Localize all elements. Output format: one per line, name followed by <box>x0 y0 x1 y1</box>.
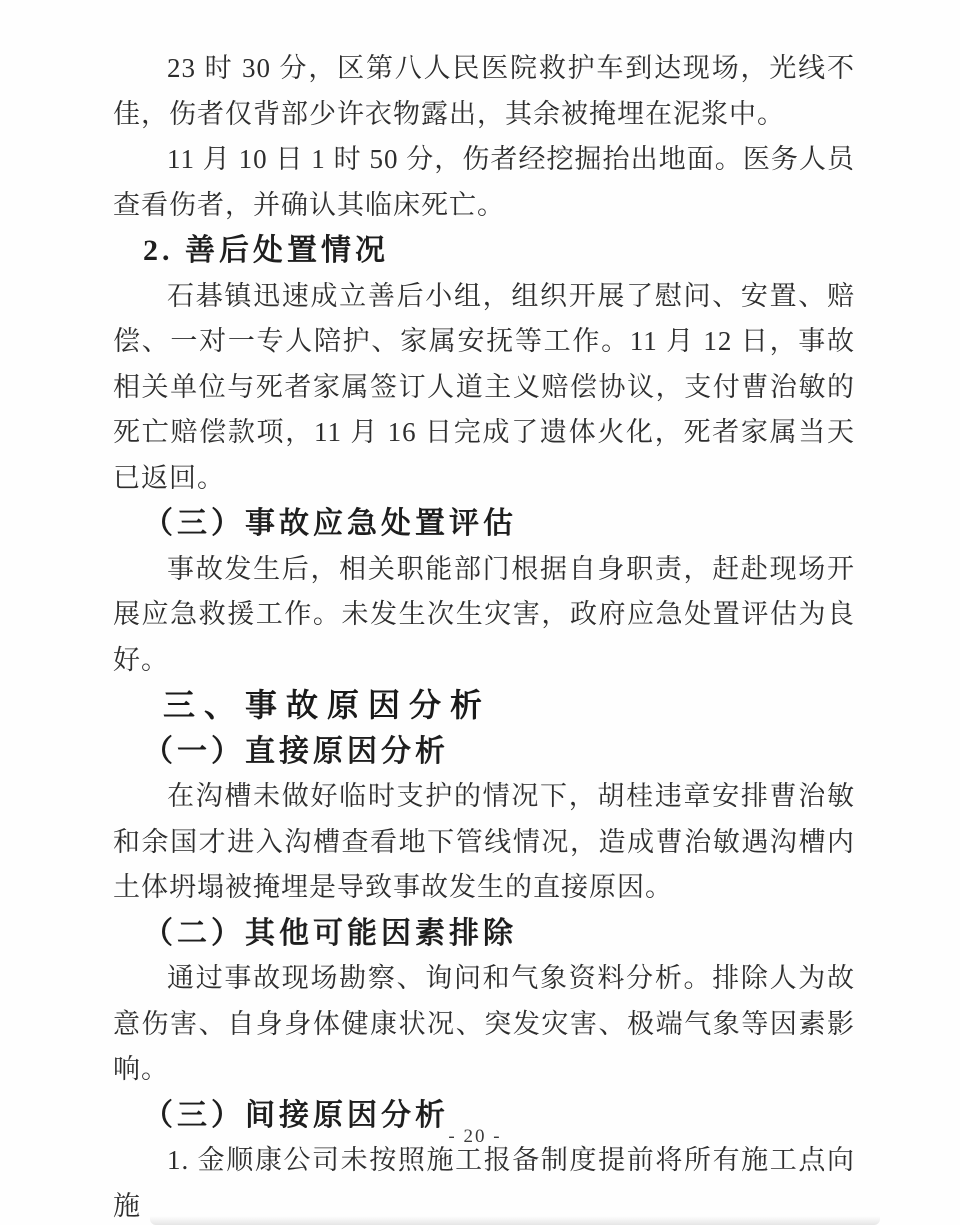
heading-emergency-response-evaluation: （三）事故应急处置评估 <box>113 501 855 547</box>
paragraph-other-factors: 通过事故现场勘察、询问和气象资料分析。排除人为故意伤害、自身身体健康状况、突发灾… <box>113 956 855 1093</box>
heading-accident-cause-analysis: 三、事故原因分析 <box>113 683 855 729</box>
paragraph-aftermath-details: 石碁镇迅速成立善后小组，组织开展了慰问、安置、赔偿、一对一专人陪护、家属安抚等工… <box>113 274 855 502</box>
heading-other-factors-excluded: （二）其他可能因素排除 <box>113 911 855 957</box>
paragraph-direct-cause: 在沟槽未做好临时支护的情况下，胡桂违章安排曹治敏和余国才进入沟槽查看地下管线情况… <box>113 774 855 911</box>
paragraph-ambulance-arrival: 23 时 30 分，区第八人民医院救护车到达现场，光线不佳，伤者仅背部少许衣物露… <box>113 46 855 137</box>
paragraph-indirect-cause-start: 1. 金顺康公司未按照施工报备制度提前将所有施工点向施 <box>113 1138 855 1225</box>
paragraph-victim-recovered: 11 月 10 日 1 时 50 分，伤者经挖掘抬出地面。医务人员查看伤者，并确… <box>113 137 855 228</box>
scanned-report-page: { "colors": { "background": "#fdfdfd", "… <box>0 0 960 1225</box>
document-body: 23 时 30 分，区第八人民医院救护车到达现场，光线不佳，伤者仅背部少许衣物露… <box>113 46 855 1225</box>
page: 23 时 30 分，区第八人民医院救护车到达现场，光线不佳，伤者仅背部少许衣物露… <box>0 0 960 1225</box>
paragraph-emergency-response: 事故发生后，相关职能部门根据自身职责，赶赴现场开展应急救援工作。未发生次生灾害，… <box>113 547 855 684</box>
heading-direct-cause: （一）直接原因分析 <box>113 729 855 775</box>
heading-aftermath-handling: 2. 善后处置情况 <box>113 228 855 274</box>
page-number: - 20 - <box>0 1126 950 1148</box>
